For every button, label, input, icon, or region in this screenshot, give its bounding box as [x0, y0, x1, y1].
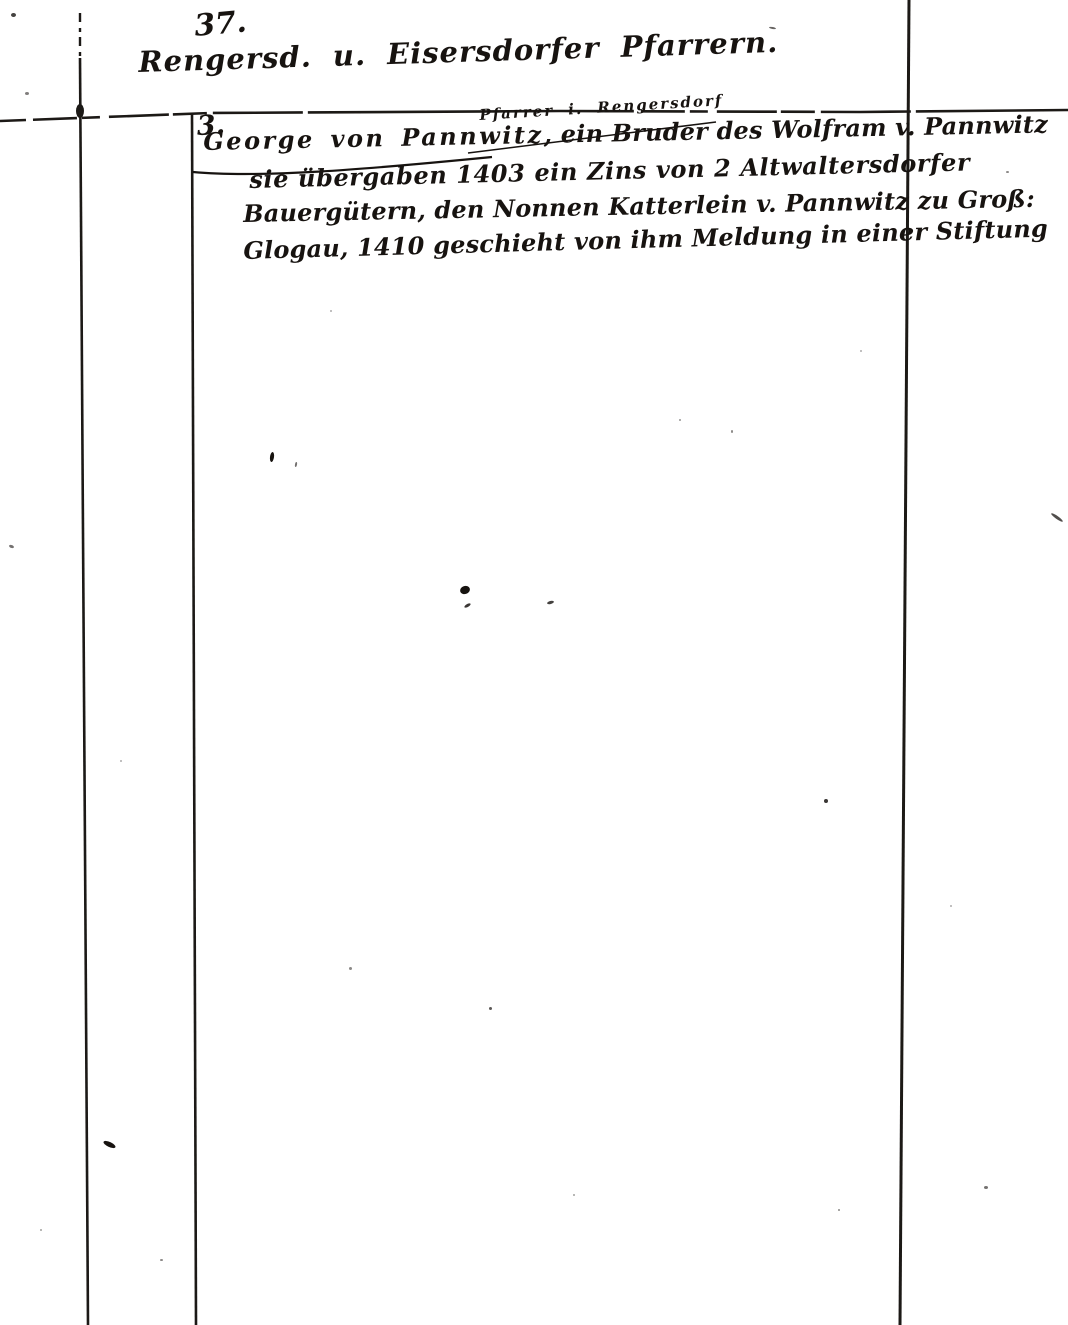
- page-number: 37.: [193, 5, 248, 42]
- scanned-document-page: 37. Rengersd. u. Eisersdorfer Pfarrern. …: [0, 0, 1068, 1325]
- ink-speck: [40, 1229, 42, 1231]
- ink-speck: [860, 350, 862, 352]
- ink-speck: [489, 1007, 492, 1010]
- ink-speck: [160, 1259, 163, 1261]
- ink-speck: [25, 92, 29, 95]
- ink-speck: [573, 1194, 575, 1196]
- ink-speck: [349, 967, 352, 970]
- ink-speck: [984, 1186, 988, 1189]
- column-rule: [192, 113, 196, 1325]
- rule-junction-blob: [76, 104, 84, 118]
- margin-rule-left: [76, 13, 88, 1325]
- ink-speck: [824, 799, 828, 803]
- ink-speck: [679, 419, 681, 421]
- ink-speck: [11, 13, 16, 17]
- ink-speck: [120, 760, 122, 762]
- ink-speck: [731, 430, 733, 433]
- ink-speck: [838, 1209, 840, 1211]
- ink-speck: [1006, 171, 1009, 173]
- ink-speck: [950, 905, 952, 907]
- ink-speck: [330, 310, 332, 312]
